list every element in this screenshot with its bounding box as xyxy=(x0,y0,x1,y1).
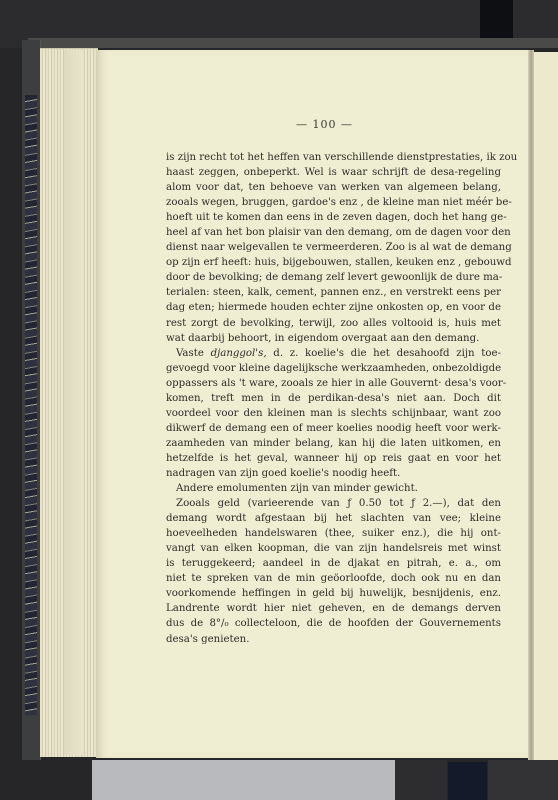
text-line: Landrente wordt hier niet geheven, en de… xyxy=(166,601,501,616)
text-line: door de bevolking; de demang zelf levert… xyxy=(166,270,501,285)
text-line: is teruggekeerd; aandeel in de djakat en… xyxy=(166,556,501,571)
text-line: niet te spreken van de min geöorloofde, … xyxy=(166,571,501,586)
text-line: komen, treft men in de perdikan-desa's n… xyxy=(166,391,501,406)
text-line: hoeveelheden handelswaren (thee, suiker … xyxy=(166,526,501,541)
page-number: — 100 — xyxy=(296,118,353,131)
text-line: Vaste djanggol's, d. z. koelie's die het… xyxy=(166,346,501,361)
marbled-spine xyxy=(25,95,37,715)
text-line: op zijn erf heeft: huis, bijgebouwen, st… xyxy=(166,255,501,270)
paragraph-1: is zijn recht tot het heffen van verschi… xyxy=(166,150,501,346)
paragraph-4: Zooals geld (varieerende van ƒ 0.50 tot … xyxy=(166,496,501,646)
text-line: zaamheden van minder belang, kan hij die… xyxy=(166,436,501,451)
text-line: voordeel voor den kleinen man is slechts… xyxy=(166,406,501,421)
text-line: vangt van elken koopman, die van zijn ha… xyxy=(166,541,501,556)
page-block-inner xyxy=(64,50,82,755)
text-line: gevoegd voor kleine dagelijksche werkzaa… xyxy=(166,361,501,376)
text-line: nadragen van zijn goed koelie's noodig h… xyxy=(166,466,501,481)
text-line: terialen: steen, kalk, cement, pannen en… xyxy=(166,285,501,300)
first-word: Vaste xyxy=(176,348,204,359)
text-line: dag eten; hiermede houden echter zijne o… xyxy=(166,300,501,315)
body-text: is zijn recht tot het heffen van verschi… xyxy=(166,150,501,647)
gray-paper-strip xyxy=(92,760,395,800)
text-line: haast zeggen, onbeperkt. Wel is waar sch… xyxy=(166,165,501,180)
text-line: alom voor dat, ten behoeve van werken va… xyxy=(166,180,501,195)
text-line: is zijn recht tot het heffen van verschi… xyxy=(166,150,501,165)
text-line: hetzelfde is het geval, wanneer hij op r… xyxy=(166,451,501,466)
text-line: dikwerf de demang een of meer koelies no… xyxy=(166,421,501,436)
text-line: hoeft uit te komen dan eens in de zeven … xyxy=(166,210,501,225)
text-line: dus de 8°/₀ collecteloon, die de hoofden… xyxy=(166,616,501,631)
paragraph-2: Vaste djanggol's, d. z. koelie's die het… xyxy=(166,346,501,481)
italic-term: djanggol's, xyxy=(211,348,267,359)
paragraph-3: Andere emolumenten zijn van minder gewic… xyxy=(166,481,501,496)
book-top-edge xyxy=(28,38,558,48)
text-line: dienst naar welgevallen te vermeerderen.… xyxy=(166,240,501,255)
facing-page-edge xyxy=(534,52,558,760)
text-line: zooals wegen, bruggen, gardoe's enz , de… xyxy=(166,195,501,210)
line-rest: d. z. koelie's die het desahoofd zijn to… xyxy=(273,348,501,359)
dark-background-patch xyxy=(395,760,447,800)
text-line: demang wordt afgestaan bij het slachten … xyxy=(166,511,501,526)
text-line: voorkomende heffingen in geld bij huweli… xyxy=(166,586,501,601)
text-line: heel af van het bon plaisir van den dema… xyxy=(166,225,501,240)
text-line: rest zorgt de bevolking, terwijl, zoo al… xyxy=(166,316,501,331)
text-line: Andere emolumenten zijn van minder gewic… xyxy=(166,481,501,496)
text-line: wat daarbij behoort, in eigendom overgaa… xyxy=(166,331,501,346)
dark-background-patch-right xyxy=(488,760,558,800)
navy-background-patch xyxy=(448,762,487,800)
text-line: desa's genieten. xyxy=(166,632,501,647)
text-line: oppassers als 't ware, zooals ze hier in… xyxy=(166,376,501,391)
text-line: Zooals geld (varieerende van ƒ 0.50 tot … xyxy=(166,496,501,511)
